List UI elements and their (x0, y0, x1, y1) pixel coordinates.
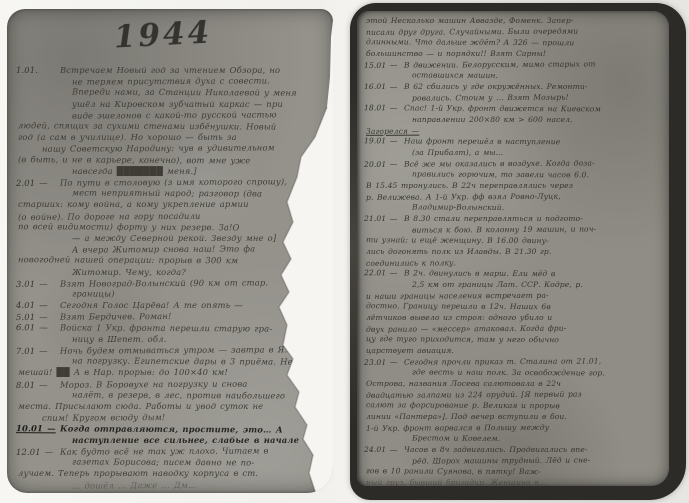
diary-line: В 15.45 тронулись. В 22ч переправлялись … (364, 180, 667, 191)
entry-date: 21.01 — (364, 213, 404, 224)
diary-line: 10.01 — Когда отправляются, простите, эт… (16, 423, 329, 436)
diary-line: царствует авиация. (364, 345, 667, 356)
diary-photo-spread: 1944 1.01. Встречаем Новый год за чтение… (0, 0, 689, 503)
diary-line: цу где туго приходится, там у него обычн… (364, 333, 667, 346)
diary-entries-right: этой Несколько машин Аввазде, Фоменк. За… (364, 15, 667, 486)
diary-line: мест неприятный народ; разговор (два (16, 187, 329, 200)
entry-text: Острова, названия Лосева салютовала в 22… (366, 378, 667, 389)
entry-text: гов в 10 ранили Суянова, в пятку! Важ- (366, 465, 667, 478)
entry-date: 10.01 — (16, 423, 60, 434)
entry-text: границы) (72, 289, 329, 302)
diary-line: салют за форсирование р. Великая и проры… (364, 399, 667, 412)
diary-line: достно. Границу перешли в 12ч. Наших 6в (364, 300, 667, 313)
diary-line: ти узнай; и ещё женщину. В 16.00 двину- (364, 234, 667, 247)
diary-line: старших: кому война, а кому укрепление а… (16, 199, 329, 210)
entry-text: Наш фронт перешёл в наступление (404, 135, 667, 147)
diary-line: большинство — и порядки!! Взят Сарны! (364, 48, 667, 59)
entry-date: 18.01 — (364, 102, 404, 113)
left-page-photo: 1944 1.01. Встречаем Новый год за чтение… (7, 9, 333, 493)
entry-text: Житомир. Чему, когда? (72, 267, 329, 278)
diary-line: направлении 200×80 км > 600 насел. (364, 114, 667, 125)
diary-line: 6.01 — Войска 1 Укр. фронта перешли стар… (16, 322, 329, 335)
diary-line: лётчиков вывело из строя: одного убило и (364, 312, 667, 323)
entry-date: 19.01 — (364, 135, 404, 146)
entry-date: 4.01 — (16, 300, 60, 311)
entry-text: ушёл на Кировском зубчатый каркас — при (72, 99, 329, 110)
entry-text: В 2ч. двинулись в марш. Ели мёд в (404, 267, 667, 279)
entry-date: 22.01 — (364, 267, 404, 278)
diary-line: оставшихся машин. (364, 69, 667, 82)
diary-line: на погрузку. Египетские дары в 3 приёма.… (16, 355, 329, 368)
entry-text: газетах Борисова; писем давно не по- (72, 457, 329, 470)
diary-line: ный груз, бывший бригадир. Женщина в… (364, 477, 667, 486)
entry-date: 6.01 — (16, 322, 60, 333)
entry-text: Владимир-Волынский. (412, 201, 667, 213)
diary-line: 18.01 — Спас! 1-й Укр. фронт движется на… (364, 102, 667, 115)
entry-text: наступление все сильнее, слабые в начале (72, 435, 329, 446)
diary-line: 16.01 — В 62 сбились у где окружённых. Р… (364, 81, 667, 92)
diary-line: линии «Пантера»]. Под вечер вступили в б… (364, 411, 667, 422)
diary-line: длинными. Что дальше ждёт? А 326 — прошл… (364, 36, 667, 49)
entry-text: налёт, в резерв, в лес, против наибольше… (72, 389, 329, 402)
entry-text: Войска 1 Укр. фронта перешли старую гра- (60, 322, 329, 335)
diary-line: Брестом и Ковелем. (364, 432, 667, 445)
diary-line: Владимир-Волынский. (364, 201, 667, 214)
diary-line: (в быть, и не в карьере, конечно), вот м… (16, 154, 329, 167)
entry-text: ти узнай; и ещё женщину. В 16.00 двину- (366, 234, 667, 247)
entry-text: Впереди нами, за Станции Николаевой у ме… (72, 87, 329, 100)
entry-text: мест неприятный народ; разговор (два (72, 188, 329, 201)
entry-date: 24.01 — (364, 444, 404, 455)
right-page: этой Несколько машин Аввазде, Фоменк. За… (357, 11, 669, 486)
diary-line: (за Прибалт), а мы… (364, 147, 667, 158)
diary-line: Житомир. Чему, когда? (16, 267, 329, 278)
entry-text: Спас! 1-й Укр. фронт движется на Киевско… (404, 102, 667, 114)
diary-line: Острова, названия Лосева салютовала в 22… (364, 378, 667, 389)
entry-text: на погрузку. Египетские дары в 3 приёма.… (72, 356, 329, 369)
entry-text: этой Несколько машин Аввазде, Фоменк. За… (366, 15, 667, 26)
diary-line: людей, спящих за сухими стенами избёнушк… (16, 120, 329, 133)
diary-line: налёт, в резерв, в лес, против наибольше… (16, 389, 329, 402)
entry-text: Взят Бердичев. Роман! (60, 311, 329, 324)
entry-text: царствует авиация. (366, 345, 667, 356)
diary-line: мешай! ██ А в Нар. прорыв: до 100×40 км! (16, 367, 329, 378)
diary-line: ушёл на Кировском зубчатый каркас — при (16, 99, 329, 110)
entry-text: салют за форсирование р. Великая и проры… (366, 399, 667, 412)
diary-entries-left: 1.01. Встречаем Новый год за чтением Обз… (16, 65, 329, 491)
diary-line: Впереди нами, за Станции Николаевой у ме… (16, 87, 329, 100)
diary-line: этой Несколько машин Аввазде, Фоменк. За… (364, 15, 667, 26)
right-page-photo-frame: этой Несколько машин Аввазде, Фоменк. За… (350, 3, 686, 500)
entry-text: правились горючим, то завели часов 6.0. (412, 168, 667, 180)
entry-text: линии «Пантера»]. Под вечер вступили в б… (366, 411, 667, 422)
entry-text: длинными. Что дальше ждёт? А 326 — прошл… (366, 36, 667, 49)
diary-line: 21.01 — В 8.30 стали переправляться и по… (364, 213, 667, 224)
entry-text: по всей видимости) форту у них резерв. З… (18, 221, 329, 234)
diary-line: новогодней нашей операции: прорыв в 300 … (16, 255, 329, 268)
diary-line: лучаем. Теперь прорывают наводку корпуса… (16, 468, 329, 479)
entry-text: ный груз, бывший бригадир. Женщина в… (366, 477, 667, 486)
entry-text: лучаем. Теперь прорывают наводку корпуса… (18, 468, 329, 479)
entry-text: лись догонять полк из Илавды. В 21.30 гр… (366, 246, 667, 257)
entry-text: … дошёл … Даже … Дм… (72, 479, 329, 492)
entry-text: старших: кому война, а кому укрепление а… (18, 199, 329, 210)
entry-date: 1.01. (16, 65, 60, 76)
entry-text: лётчиков вывело из строя: одного убило и (366, 312, 667, 323)
entry-text: цу где туго приходится, там у него обычн… (366, 333, 667, 346)
diary-line: где весть и наш полк. За освобождение го… (364, 366, 667, 379)
diary-line: наступление все сильнее, слабые в начале (16, 435, 329, 446)
year-heading: 1944 (82, 13, 244, 57)
entry-text: оставшихся машин. (412, 69, 667, 81)
diary-line: границы) (16, 288, 329, 301)
diary-line: лись догонять полк из Илавды. В 21.30 гр… (364, 246, 667, 257)
entry-text: где весть и наш полк. За освобождение го… (412, 366, 667, 378)
entry-text: новогодней нашей операции: прорыв в 300 … (18, 255, 329, 268)
diary-line: гов в 10 ранили Суянова, в пятку! Важ- (364, 465, 667, 478)
entry-text: В 15.45 тронулись. В 22ч переправлялись … (366, 180, 667, 191)
entry-text: мешай! ██ А в Нар. прорыв: до 100×40 км! (18, 367, 329, 378)
diary-line: 2,5 км от границы Лат. ССР. Кодре, р. (364, 279, 667, 290)
diary-line: 24.01 — Часов в 8ч задвигались. Продвига… (364, 444, 667, 455)
entry-text: людей, спящих за сухими стенами избёнушк… (18, 120, 329, 133)
entry-date: 16.01 — (364, 81, 404, 92)
diary-line: газетах Борисова; писем давно не по- (16, 456, 329, 469)
entry-text: Когда отправляются, простите, это… А (60, 423, 329, 436)
entry-text: Брестом и Ковелем. (412, 432, 667, 444)
diary-line: по всей видимости) форту у них резерв. З… (16, 221, 329, 234)
entry-text: спим! Кругом всюду дым! (42, 411, 329, 424)
entry-text: большинство — и порядки!! Взят Сарны! (366, 48, 667, 59)
diary-line: … дошёл … Даже … Дм… (16, 479, 329, 492)
entry-text: нашу Советскую Народину: чув в удивитель… (42, 142, 329, 155)
diary-line: 19.01 — Наш фронт перешёл в наступление (364, 135, 667, 148)
entry-text: (в быть, и не в карьере, конечно), вот м… (18, 154, 329, 167)
entry-text: достно. Границу перешли в 12ч. Наших 6в (366, 300, 667, 313)
diary-line: 22.01 — В 2ч. двинулись в марш. Ели мёд … (364, 267, 667, 280)
diary-line: правились горючим, то завели часов 6.0. (364, 168, 667, 181)
